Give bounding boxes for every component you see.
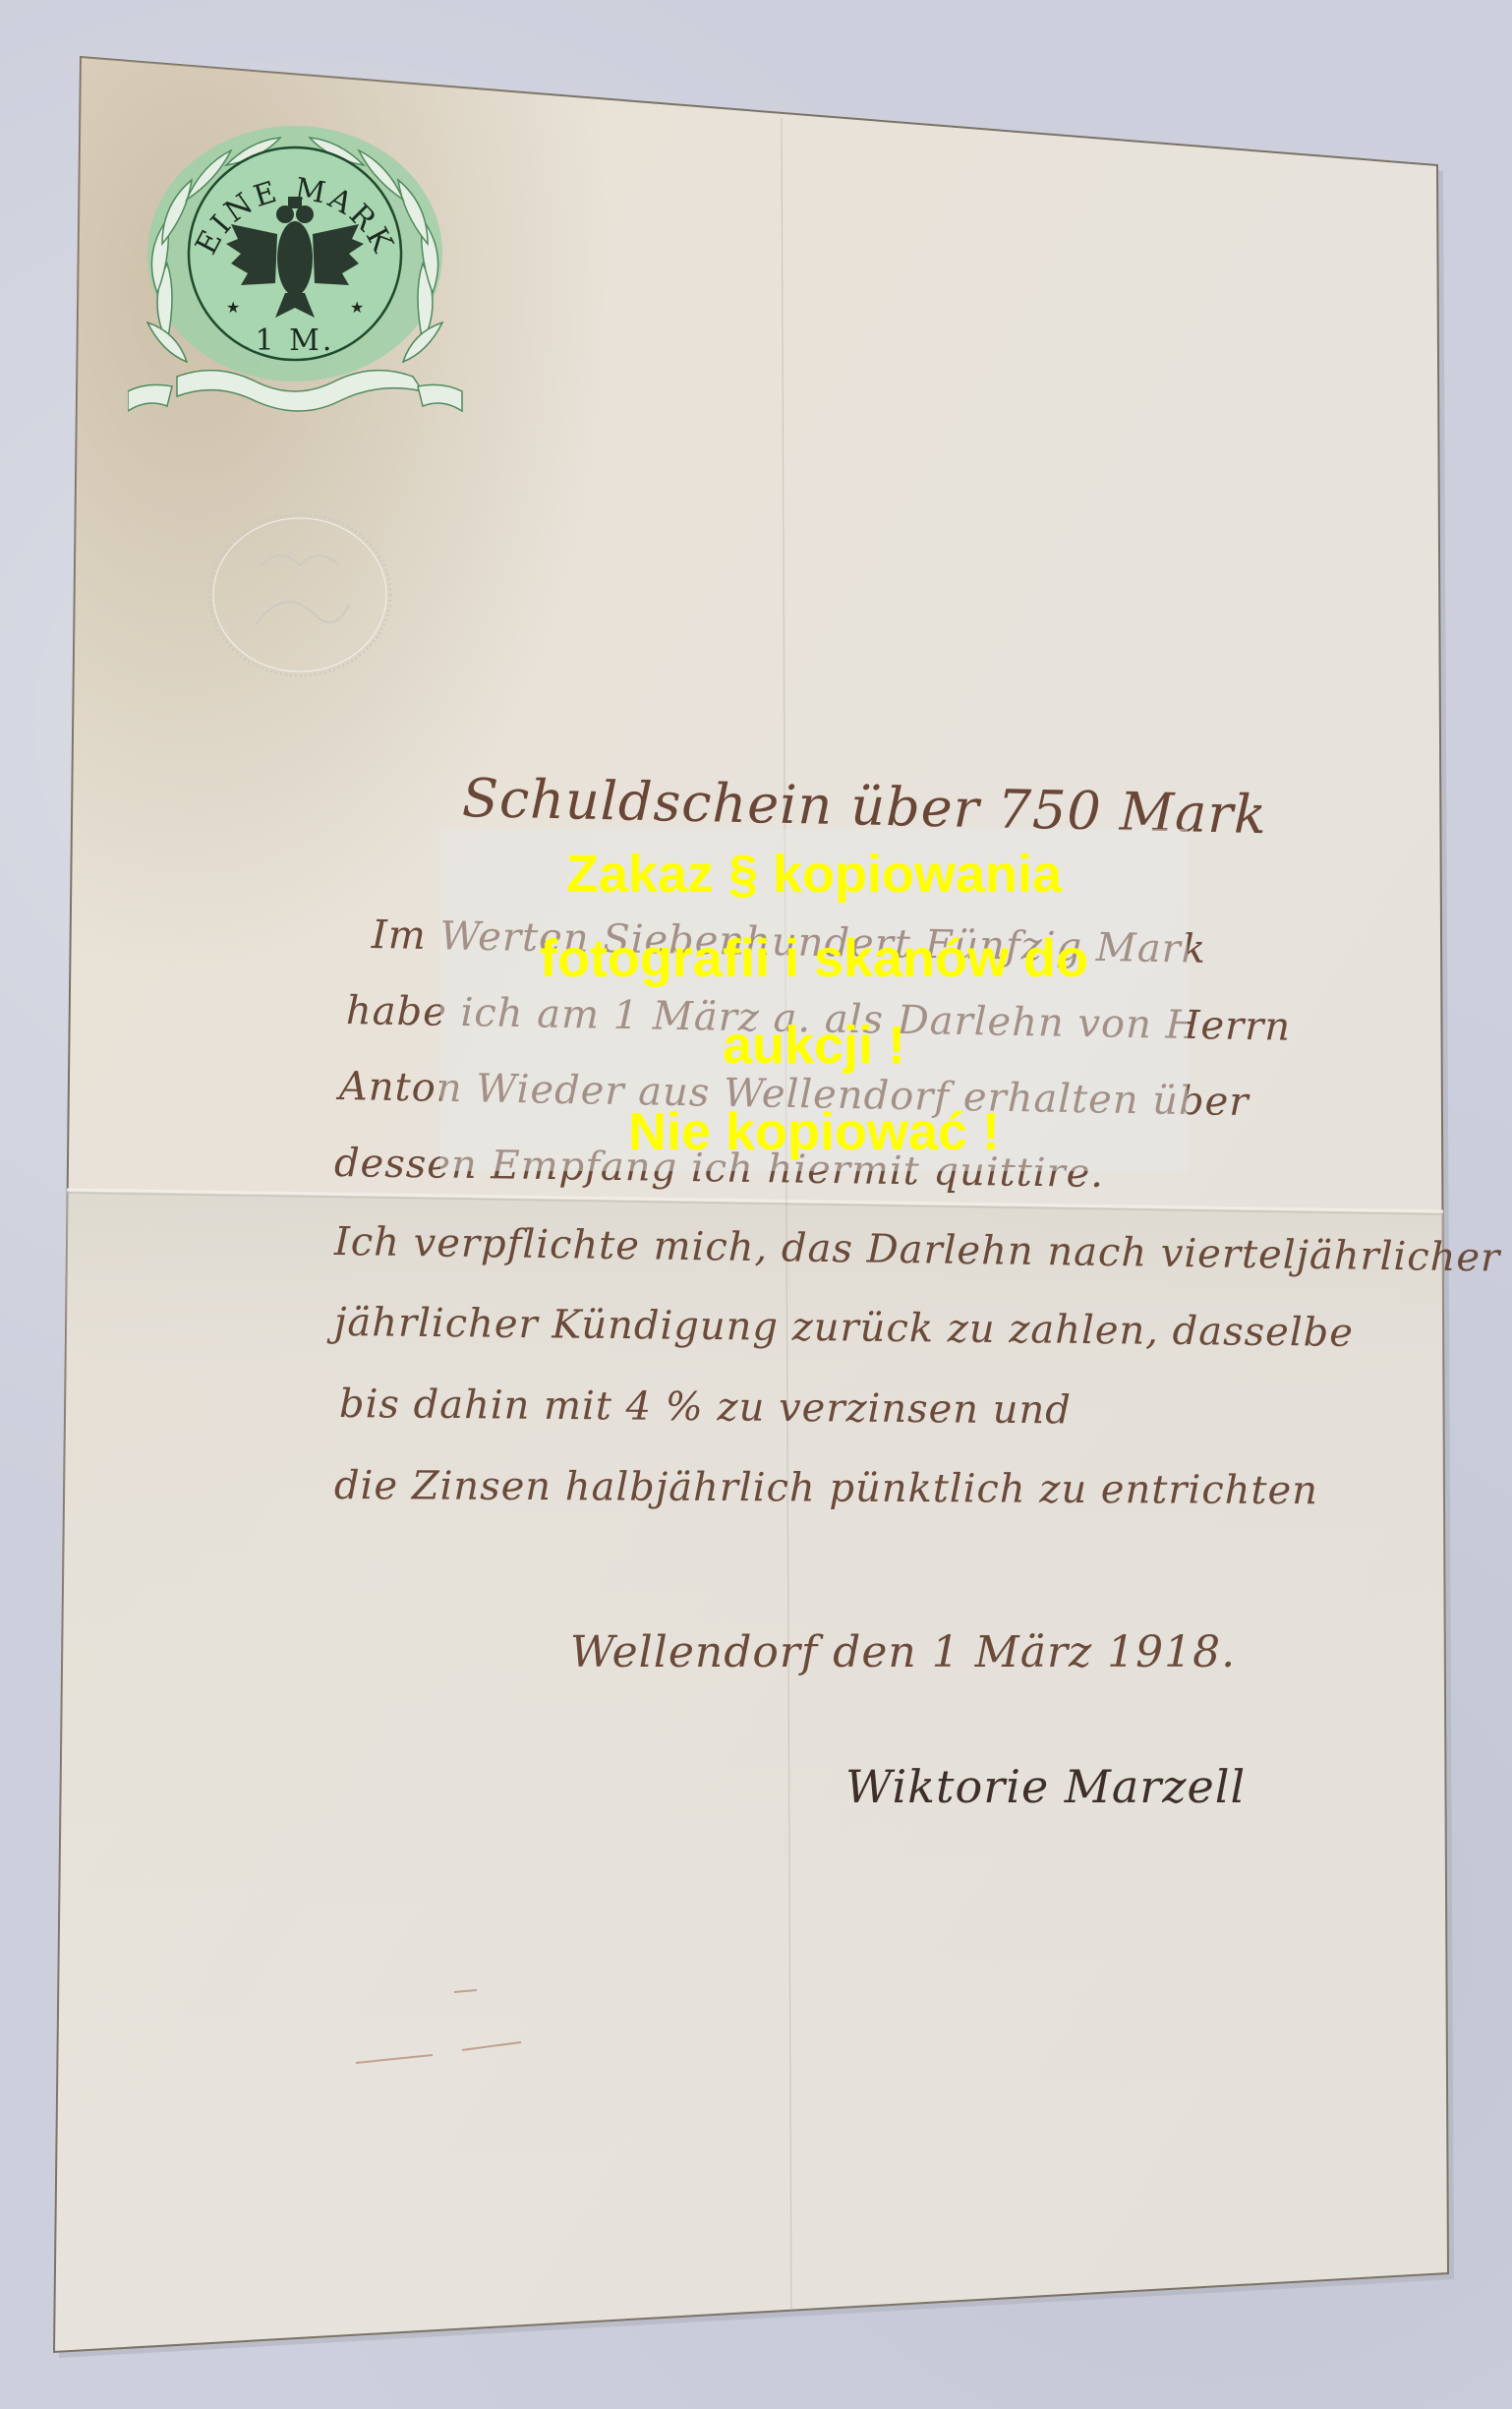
watermark-line-2: fotografii i skanów do [440,929,1188,988]
copy-protection-watermark: Zakaz § kopiowania fotografii i skanów d… [440,829,1188,1171]
watermark-line-4: Nie kopiować ! [440,1102,1188,1161]
embossed-seal [202,506,398,683]
document-photo: EINE MARK ★ ★ 1 M. Schuldschein über 750… [0,0,1512,2409]
watermark-line-1: Zakaz § kopiowania [440,845,1188,904]
letter-line-8: die Zinsen halbjährlich pünktlich zu ent… [334,1463,1318,1513]
letter-line-7: bis dahin mit 4 % zu verzinsen und [339,1381,1072,1433]
signature: Wiktorie Marzell [845,1760,1246,1813]
tax-stamp: EINE MARK ★ ★ 1 M. [128,116,501,431]
svg-text:★: ★ [350,300,364,317]
svg-text:★: ★ [226,300,240,317]
stamp-bottom-text: 1 M. [256,323,335,358]
place-and-date: Wellendorf den 1 März 1918. [570,1627,1236,1677]
watermark-line-3: aukcji ! [440,1016,1188,1075]
